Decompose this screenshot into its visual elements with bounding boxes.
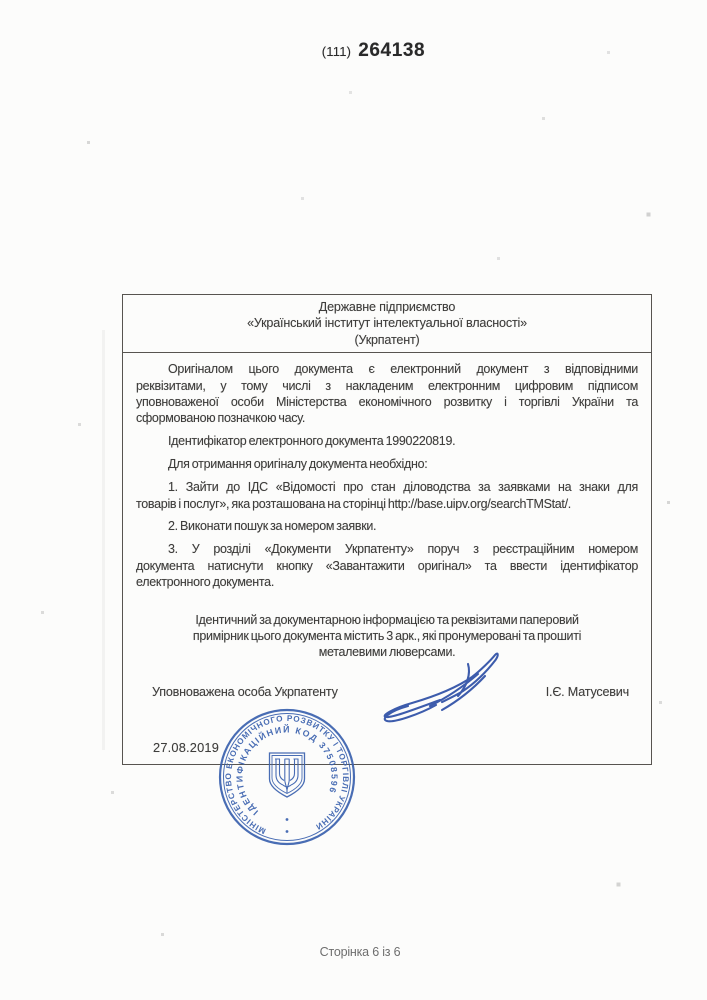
letterhead: Державне підприємство «Український інсти… (123, 295, 651, 353)
list-item-2: 2. Виконати пошук за номером заявки. (136, 518, 638, 534)
org-name-line-1: Державне підприємство (133, 299, 641, 315)
stamp-separator-dot (286, 818, 289, 821)
text-line: сформованою позначкою часу. (136, 410, 638, 426)
signature-date: 27.08.2019 (153, 740, 219, 755)
page-number-indicator: Сторінка 6 із 6 (0, 945, 707, 959)
paragraph-instructions-intro: Для отримання оригіналу документа необхі… (136, 456, 638, 472)
scan-noise-specks (0, 0, 1, 1)
registration-number: 264138 (358, 40, 425, 61)
text-line: примірник цього документа містить 3 арк.… (158, 628, 616, 644)
text-line: електронного документа. (136, 574, 638, 590)
paragraph-document-id: Ідентифікатор електронного документа 199… (136, 433, 638, 449)
signer-role-label: Уповноважена особа Укрпатенту (152, 685, 338, 699)
ministry-stamp: МІНІСТЕРСТВО ЕКОНОМІЧНОГО РОЗВИТКУ І ТОР… (212, 702, 362, 852)
text-line: Ідентифікатор електронного документа 199… (136, 433, 638, 449)
registration-code: (111)264138 (0, 40, 707, 62)
text-line: 2. Виконати пошук за номером заявки. (136, 518, 638, 534)
document-body: Оригіналом цього документа є електронний… (123, 353, 651, 661)
text-line: Для отримання оригіналу документа необхі… (136, 456, 638, 472)
handwritten-signature (378, 650, 504, 730)
text-line: 3. У розділі «Документи Укрпатенту» пору… (136, 541, 638, 557)
text-line: Ідентичний за документарною інформацією … (158, 612, 616, 628)
text-line: Оригіналом цього документа є електронний… (136, 361, 638, 377)
text-line: документа натиснути кнопку «Завантажити … (136, 558, 638, 574)
stamp-separator-dot (286, 830, 289, 833)
trident-shield-icon (270, 753, 305, 797)
paragraph-original-document: Оригіналом цього документа є електронний… (136, 361, 638, 427)
list-item-1: 1. Зайти до ІДС «Відомості про стан діло… (136, 479, 638, 512)
list-item-3: 3. У розділі «Документи Укрпатенту» пору… (136, 541, 638, 590)
inid-code-111: (111) (322, 44, 351, 59)
text-line: реквізитами, у тому числі з накладеним е… (136, 378, 638, 394)
org-name-line-2: «Український інститут інтелектуальної вл… (133, 315, 641, 331)
org-name-line-3: (Укрпатент) (133, 332, 641, 348)
stamp-inner-text: ІДЕНТИФІКАЦІЙНИЙ КОД 37508596 (234, 723, 339, 817)
text-line: 1. Зайти до ІДС «Відомості про стан діло… (136, 479, 638, 495)
text-line: товарів і послуг», яка розташована на ст… (136, 496, 638, 512)
signer-name: І.Є. Матусевич (546, 685, 629, 699)
scan-streak (102, 330, 105, 750)
text-line: уповноваженої особи Міністерства економі… (136, 394, 638, 410)
scanned-document-page: (111)264138 Державне підприємство «Украї… (0, 0, 707, 1000)
